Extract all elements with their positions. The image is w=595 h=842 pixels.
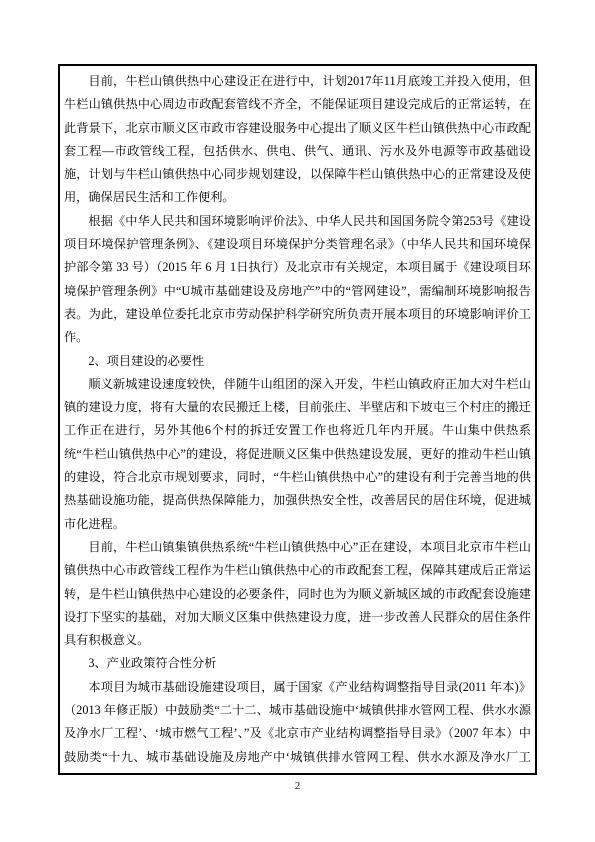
section-heading: 2、项目建设的必要性 bbox=[64, 350, 531, 373]
body-paragraph: 本项目为城市基础设施建设项目，属于国家《产业结构调整指导目录(2011 年本)》… bbox=[64, 676, 531, 775]
body-paragraph: 目前，牛栏山镇供热中心建设正在进行中，计划2017年11月底竣工并投入使用，但牛… bbox=[64, 70, 531, 210]
body-paragraph: 目前，牛栏山镇集镇供热系统“牛栏山镇供热中心”正在建设，本项目北京市牛栏山镇供热… bbox=[64, 536, 531, 652]
document-body: 目前，牛栏山镇供热中心建设正在进行中，计划2017年11月底竣工并投入使用，但牛… bbox=[64, 70, 531, 775]
page-number: 2 bbox=[0, 780, 595, 792]
section-heading: 3、产业政策符合性分析 bbox=[64, 652, 531, 675]
body-paragraph: 根据《中华人民共和国环境影响评价法》、中华人民共和国国务院令第253号《建设项目… bbox=[64, 210, 531, 350]
document-page: 目前，牛栏山镇供热中心建设正在进行中，计划2017年11月底竣工并投入使用，但牛… bbox=[0, 0, 595, 842]
body-paragraph: 顺义新城建设速度较快，伴随牛山组团的深入开发，牛栏山镇政府正加大对牛栏山镇的建设… bbox=[64, 373, 531, 536]
report-text-cell: 目前，牛栏山镇供热中心建设正在进行中，计划2017年11月底竣工并投入使用，但牛… bbox=[58, 64, 537, 775]
